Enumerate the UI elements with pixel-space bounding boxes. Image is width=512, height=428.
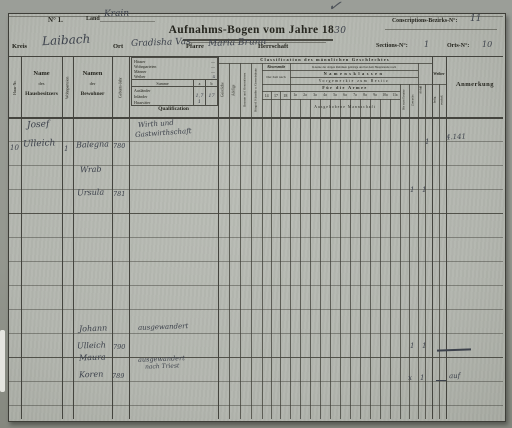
age-cols: 1a 2a 3a 4a 5a 6a 7a 8a 9a 10a 11a <box>290 91 400 99</box>
entry-resident-3-year: 781 <box>113 190 125 198</box>
col-residents-line3: Bewohner <box>73 91 112 97</box>
entry-migrant2-tick-b: 1 <box>420 374 424 382</box>
sections-label: Sections-N°: <box>376 43 408 49</box>
col-owner-line2: des <box>21 81 62 86</box>
kreis-label: Kreis <box>12 43 27 50</box>
age-col: 5a <box>330 91 340 99</box>
relation-sub-label: Hausväter <box>132 100 193 105</box>
col-residents-line1: Namen <box>73 70 112 77</box>
col-beamte: Beamte und Honoratioren <box>240 64 251 116</box>
form-title-text: Aufnahms-Bogen vom Jahre 18 <box>169 24 335 36</box>
entry-resident-1-year: 780 <box>113 142 125 150</box>
age-col: 1a <box>290 91 300 99</box>
anmerkung-header: Anmerkung <box>446 78 504 90</box>
col-women-ledig: ledig <box>432 84 439 116</box>
relation-sum-header: Summe a b <box>132 80 217 87</box>
entry-row1-remark: 4.141 <box>446 132 466 141</box>
armee-foot: Ausgehobene Mannschaft <box>290 100 400 114</box>
age-col: 3a <box>310 91 320 99</box>
qualification-caption: Qualification <box>131 106 216 112</box>
entry-resident-3: Ursula <box>77 188 104 198</box>
entry-migrant1-last: Ulleich <box>77 341 106 351</box>
orts-value: 10 <box>482 40 492 49</box>
entry-migrant2-tick-a: x <box>408 374 412 382</box>
entry-row1-tick: 1 <box>425 138 429 146</box>
ort-value: Gradisha Vas <box>131 37 191 49</box>
land-label: Land <box>86 16 100 22</box>
col-adelige: Adelige <box>229 64 240 116</box>
entry-owner-first: Josef <box>27 119 50 130</box>
col-owner-line3: Hausbesitzers <box>21 91 62 97</box>
entry-migrant2-last: Koren <box>79 370 104 380</box>
abwesende-col: 17 <box>271 91 280 99</box>
entry-migrant1-year: 790 <box>113 343 125 351</box>
relation-sub-label: Inländer <box>132 94 193 99</box>
land-rule <box>100 21 155 22</box>
relation-col-b: b <box>205 80 217 86</box>
col-birth-year: Geburts-Jahr <box>112 62 129 114</box>
col-house-number: Haus-Nr. <box>9 62 21 114</box>
entry-owner-last: Ulleich <box>23 138 56 149</box>
group-line3: Vorgemerkte zum Besitz <box>290 77 418 84</box>
col-gewerbsleute: Bürgerl. Künstler u. Gewerbsleute <box>251 64 262 116</box>
relation-row-label: Weiber <box>134 74 212 79</box>
conscription-value: 11 <box>470 14 481 24</box>
col-women-extra <box>425 64 432 116</box>
pfarre-label: Pfarre <box>186 43 204 50</box>
col-owner: Name des Hausbesitzers <box>21 68 62 114</box>
relation-sub-row: Hausväter 1 <box>132 99 217 105</box>
entry-migrant2-first: Maura <box>79 353 106 363</box>
abwesende-title: Abwesende <box>262 64 290 70</box>
relation-sum-label: Summe <box>132 81 193 86</box>
entry-row3-tick-a: 1 <box>410 186 414 194</box>
entry-resident-1: Balegna <box>76 139 109 149</box>
ort-label: Ort <box>113 43 123 50</box>
age-col: 7a <box>350 91 360 99</box>
group-line2: Namensklassen <box>290 70 418 77</box>
entry-migrant2-year: 789 <box>112 372 124 380</box>
entry-house-number: 10 <box>10 144 19 152</box>
conscription-label: Conscriptions-Bezirks-N°: <box>392 18 457 24</box>
col-geistliche: Geistliche <box>218 64 229 116</box>
form-title: Aufnahms-Bogen vom Jahre 1830 <box>165 24 350 36</box>
abwesende-cols: 14 17 18 <box>262 91 290 99</box>
entry-resident-2: Wrab <box>80 165 102 175</box>
col-abfall: Abfall <box>418 64 425 116</box>
col-zuwachs: Zuwachs <box>409 84 418 116</box>
age-col: 8a <box>360 91 370 99</box>
group-line1: In keine der obigen Rubriken gehörige un… <box>290 63 418 70</box>
page-edge-highlight <box>0 330 5 392</box>
classification-title: Classification des männlichen Geschlecht… <box>218 56 432 63</box>
col-ersatz: Bis zum Ersatze <box>400 84 409 116</box>
entry-party: 1 <box>64 145 68 153</box>
relation-sub-a: 1 <box>193 99 205 105</box>
conscription-rule <box>385 29 497 30</box>
kreis-value: Laibach <box>42 32 91 49</box>
relation-row-value: 4 <box>212 74 215 79</box>
top-inner-rule <box>9 16 503 17</box>
scanned-census-form: N° 1. Land Krain Aufnahms-Bogen vom Jahr… <box>0 0 512 428</box>
entry-migrant1-tick-b: 1 <box>422 342 426 350</box>
herrschaft-label: Herrschaft <box>258 43 288 50</box>
age-col: 9a <box>370 91 380 99</box>
relation-sub-b <box>205 99 217 105</box>
armee-label: Für die Armee <box>290 84 400 91</box>
entry-migrant1-first: Johann <box>79 324 108 334</box>
col-owner-line1: Name <box>21 70 62 77</box>
age-col: 4a <box>320 91 330 99</box>
age-col: 10a <box>380 91 390 99</box>
relation-col-a: a <box>193 80 205 86</box>
col-residents: Namen der Bewohner <box>73 68 112 114</box>
entry-migrant2-remark-stroke <box>436 380 446 381</box>
relation-box: Häuser— Wohnparteien— Männer— Weiber4 Su… <box>131 57 218 106</box>
col-party: Wohnparteien <box>62 62 73 114</box>
entry-row3-tick-b: 1 <box>422 186 426 194</box>
abwesende-sub: Der Zeit nach <box>262 71 290 83</box>
sections-value: 1 <box>424 40 429 49</box>
age-col: 6a <box>340 91 350 99</box>
orts-label: Orts-N°: <box>447 43 469 49</box>
form-title-year: 30 <box>334 26 346 36</box>
col-women-verehel: verehel. <box>439 84 446 116</box>
land-value: Krain <box>104 9 129 20</box>
abwesende-col: 14 <box>262 91 271 99</box>
abwesende-col: 18 <box>281 91 290 99</box>
check-mark: ✓ <box>327 0 343 16</box>
entry-migrant2-note-2: nach Triest <box>145 362 180 370</box>
age-col: 2a <box>300 91 310 99</box>
entry-migrant2-remark: auf <box>449 372 461 381</box>
col-residents-line2: der <box>73 81 112 86</box>
women-title: Weiber <box>432 64 446 83</box>
age-col: 11a <box>390 91 400 99</box>
form-number: N° 1. <box>48 16 63 24</box>
entry-migrant1-tick-a: 1 <box>410 342 414 350</box>
relation-sub-label: Ausländer <box>132 88 193 93</box>
